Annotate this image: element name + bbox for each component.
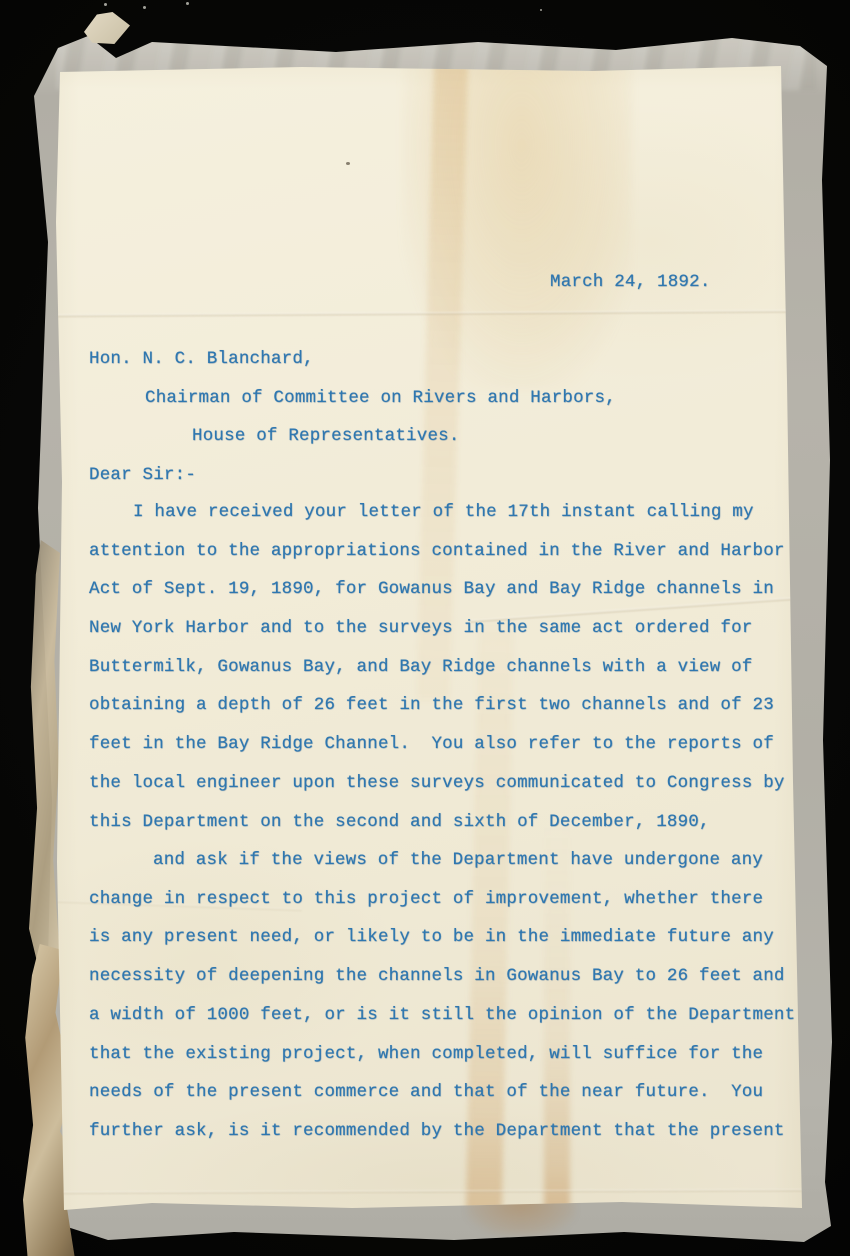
letter-line: Buttermilk, Gowanus Bay, and Bay Ridge c…: [89, 655, 753, 679]
left-edge-fold-upper: [29, 540, 60, 972]
letter-sheet: March 24, 1892. Hon. N. C. Blanchard, Ch…: [52, 62, 804, 1214]
letter-line: New York Harbor and to the surveys in th…: [89, 616, 753, 640]
dust-speck: [104, 3, 107, 6]
letter-line: that the existing project, when complete…: [89, 1042, 763, 1066]
letter-line: feet in the Bay Ridge Channel. You also …: [89, 732, 774, 756]
letter-line: obtaining a depth of 26 feet in the firs…: [89, 693, 774, 717]
recipient-title: Chairman of Committee on Rivers and Harb…: [145, 386, 616, 410]
letter-line: a width of 1000 feet, or is it still the…: [89, 1003, 795, 1027]
letter-line: is any present need, or likely to be in …: [89, 925, 774, 949]
letter-line: change in respect to this project of imp…: [89, 887, 763, 911]
recipient-organization: House of Representatives.: [192, 424, 460, 448]
letter-line: further ask, is it recommended by the De…: [89, 1119, 785, 1143]
dust-speck: [540, 9, 542, 11]
letter-line: this Department on the second and sixth …: [89, 810, 710, 834]
letter-line: needs of the present commerce and that o…: [89, 1080, 763, 1104]
dust-speck: [143, 6, 146, 9]
letter-line: I have received your letter of the 17th …: [133, 500, 754, 524]
letter-line: and ask if the views of the Department h…: [153, 848, 763, 872]
letter-line: the local engineer upon these surveys co…: [89, 771, 785, 795]
recipient-name: Hon. N. C. Blanchard,: [89, 347, 314, 371]
letter-line: attention to the appropriations containe…: [89, 539, 785, 563]
dust-speck: [186, 2, 189, 5]
letter-line: Act of Sept. 19, 1890, for Gowanus Bay a…: [89, 577, 774, 601]
date-line: March 24, 1892.: [550, 270, 711, 294]
photograph-background: March 24, 1892. Hon. N. C. Blanchard, Ch…: [0, 0, 850, 1256]
salutation: Dear Sir:-: [89, 463, 196, 487]
top-left-fold-tab: [84, 12, 130, 44]
paper-speck: [346, 162, 350, 165]
letter-line: necessity of deepening the channels in G…: [89, 964, 785, 988]
